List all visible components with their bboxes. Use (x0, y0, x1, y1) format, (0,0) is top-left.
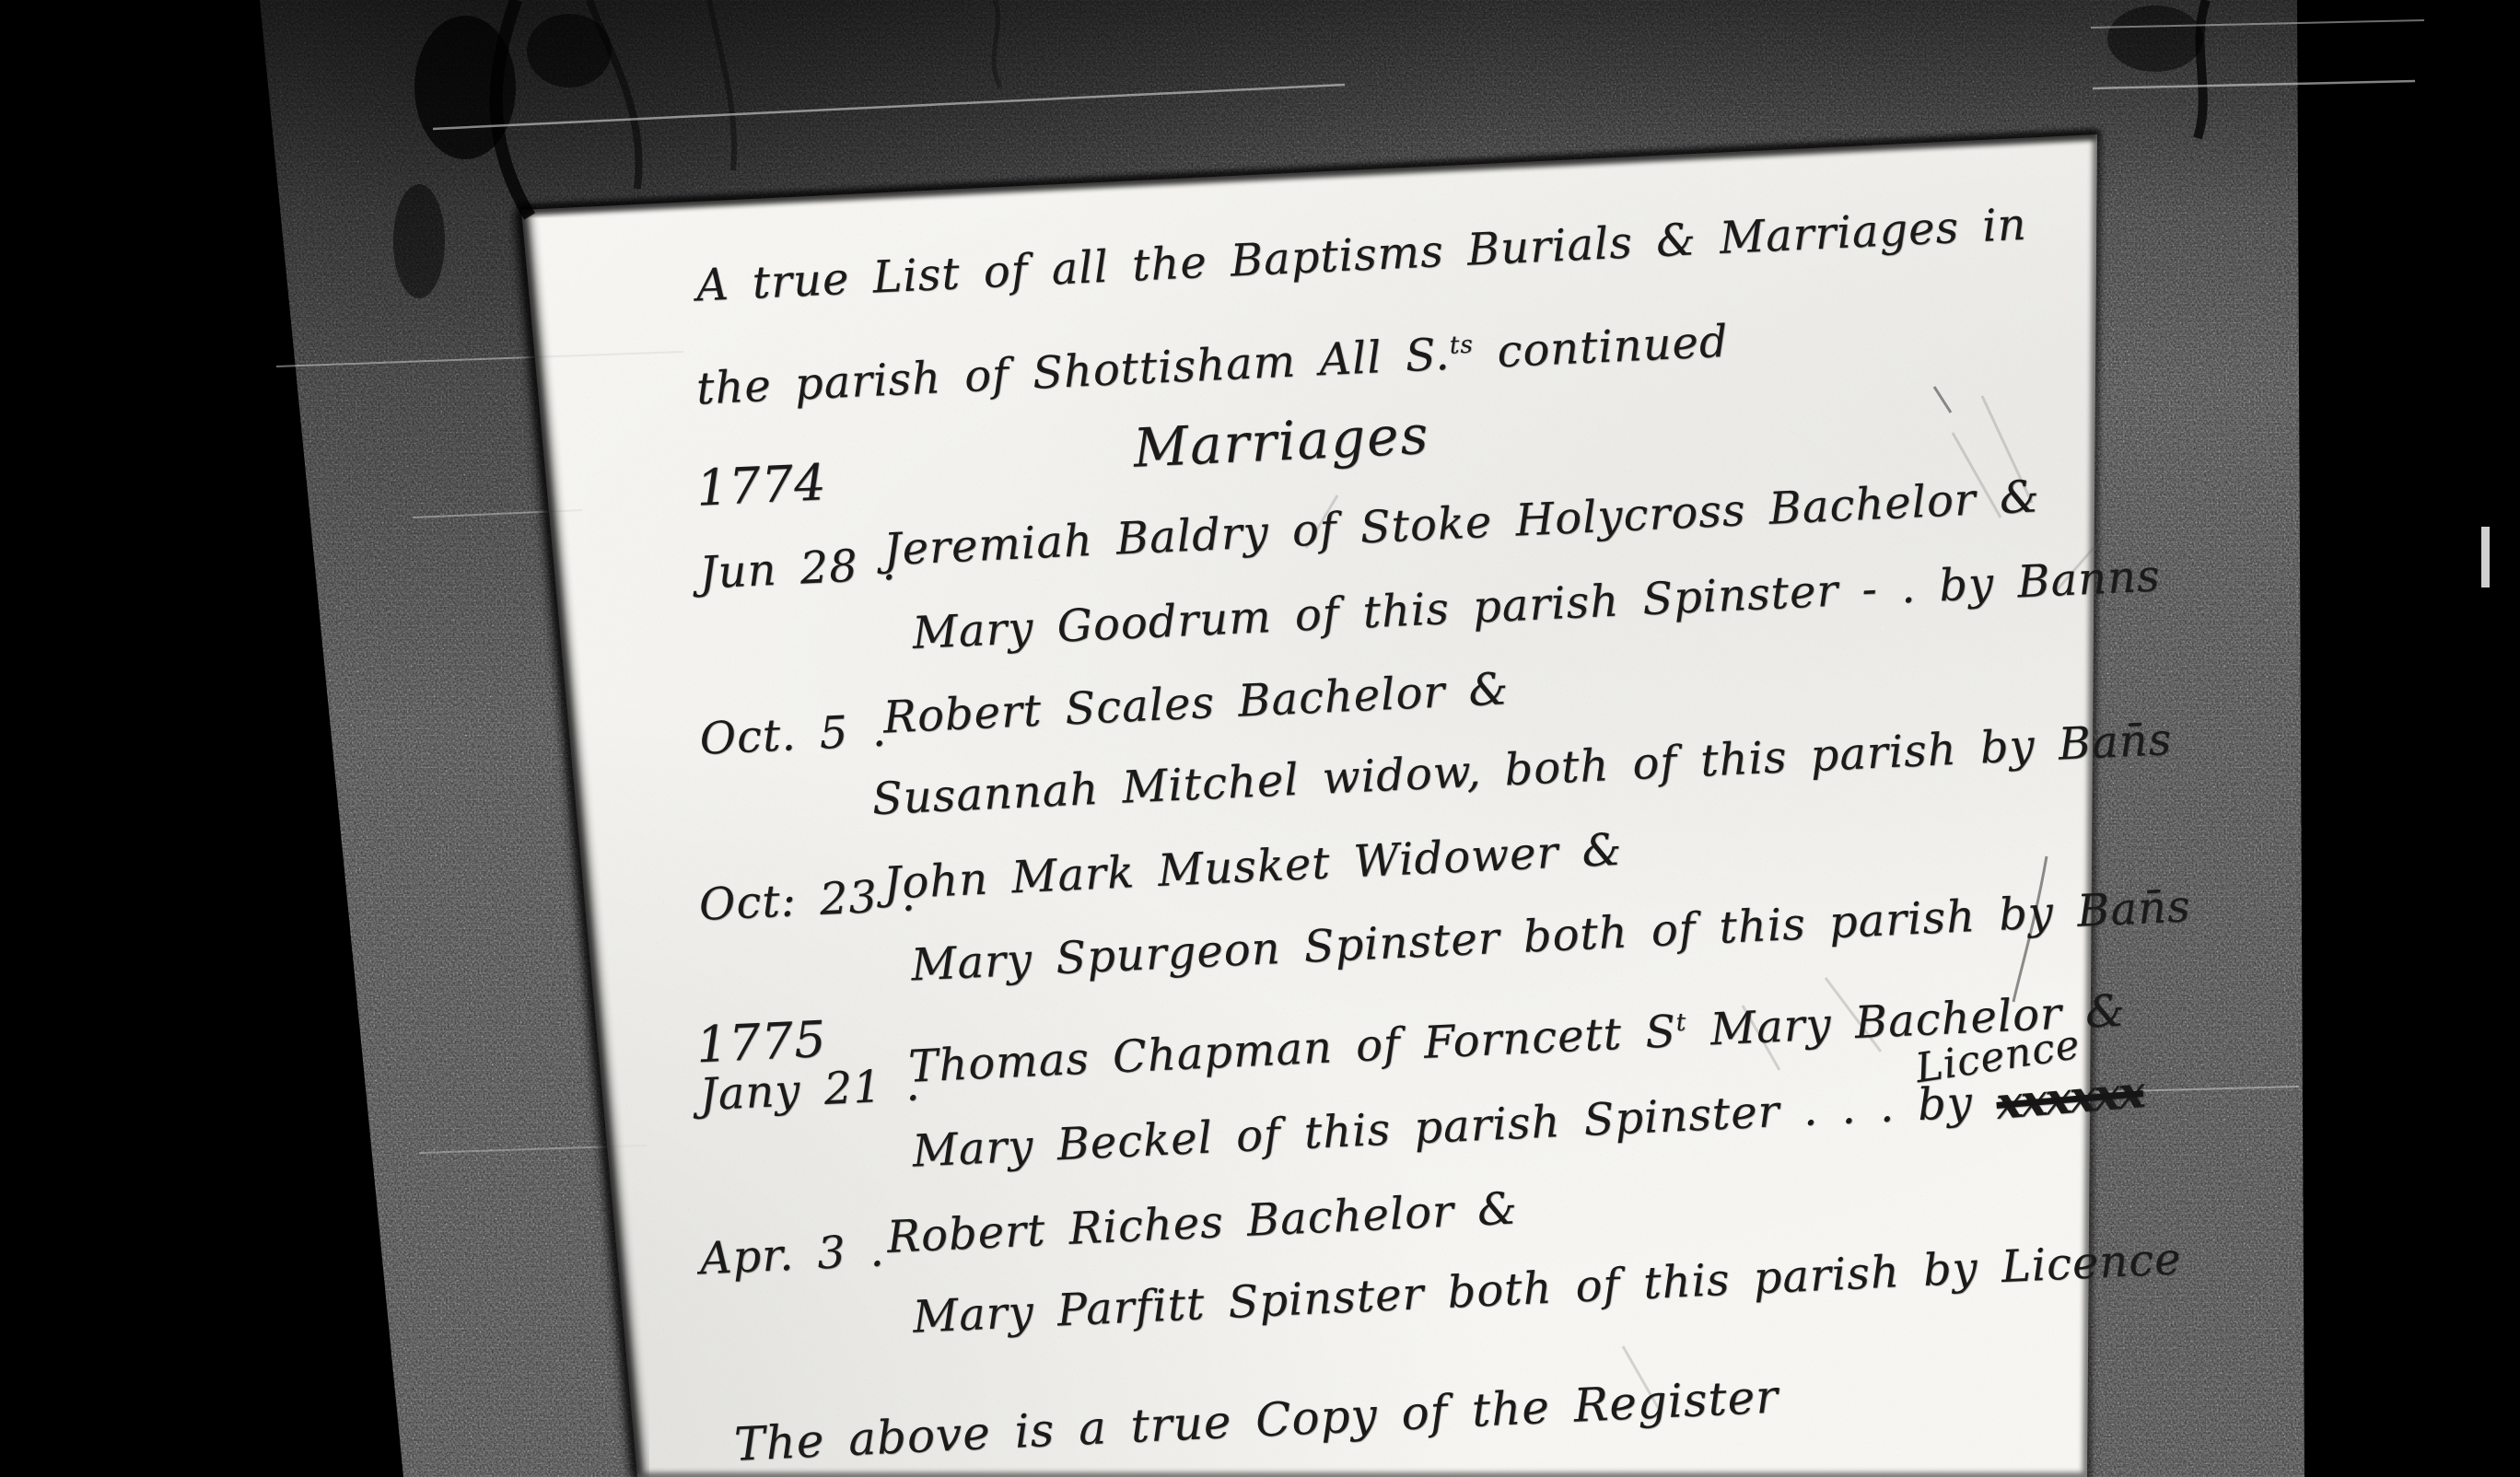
scanned-register-photo: A true List of all the Baptisms Burials … (0, 0, 2520, 1477)
entry-date: Apr. 3 . (699, 1226, 886, 1285)
entry-groom-line: Robert Scales Bachelor & (882, 664, 1511, 744)
entry-date: Jun 28 . (698, 540, 897, 599)
entry-date: Jany 21 . (698, 1060, 921, 1121)
entry-bride-pre: Mary Beckel of this parish Spinster . . … (911, 1076, 1997, 1177)
entry-bride-line: Mary Goodrum of this parish Spinster - .… (911, 551, 2161, 659)
film-scratch-dash (2481, 527, 2490, 587)
header-line-2: the parish of Shottisham All S.ts contin… (695, 317, 1730, 415)
struck-out-word: xxxxxx (1994, 1067, 2145, 1130)
register-text: A true List of all the Baptisms Burials … (645, 160, 2175, 1477)
entry-groom-line: Jeremiah Baldry of Stoke Holycross Bache… (882, 471, 2041, 576)
year-1774: 1774 (695, 454, 828, 518)
header-line-2-pre: the parish of Shottisham All S. (695, 329, 1452, 415)
entry-bride-line: Mary Beckel of this parish Spinster . . … (911, 1070, 2143, 1178)
header-line-2-post: continued (1473, 316, 1730, 379)
header-line-2-superscript: ts (1449, 331, 1475, 360)
entry-groom-line: Robert Riches Bachelor & (886, 1183, 1519, 1263)
entry-groom-line: John Mark Musket Widower & (882, 825, 1624, 910)
marriages-heading: Marriages (1132, 404, 1431, 479)
entry-groom-pre: Thomas Chapman of Forncett S (907, 1006, 1677, 1093)
header-line-1: A true List of all the Baptisms Burials … (695, 200, 2028, 312)
entry-date: Oct. 5 . (698, 705, 887, 765)
